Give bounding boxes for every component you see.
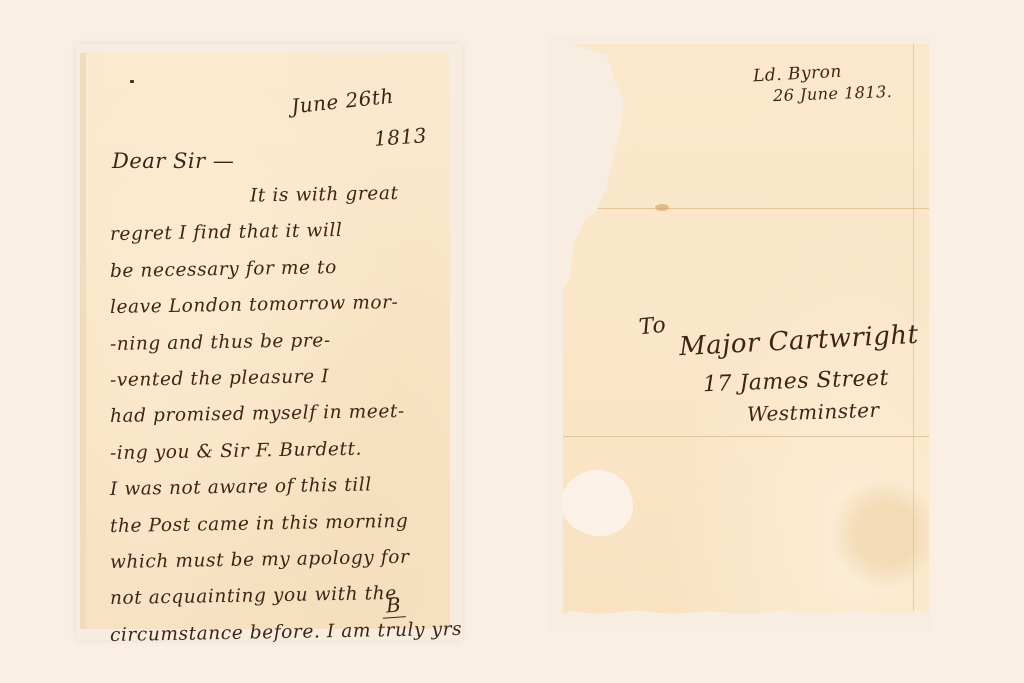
- address-city: Westminster: [747, 398, 880, 427]
- letter-line: regret I find that it will: [110, 211, 451, 253]
- letter-date-day: June 26th: [290, 84, 395, 119]
- letter-line: -ing you & Sir F. Burdett.: [110, 430, 451, 472]
- letter-line: -ning and thus be pre-: [110, 321, 451, 363]
- letter-line: the Post came in this morning: [110, 503, 451, 545]
- letter-body: It is with great regret I find that it w…: [110, 181, 450, 654]
- letter-line: circumstance before. I am truly yrs: [110, 612, 451, 654]
- letter-line: be necessary for me to: [110, 248, 451, 290]
- letter-line: had promised myself in meet-: [110, 393, 451, 435]
- letter-page: June 26th 1813 Dear Sir — It is with gre…: [80, 53, 450, 629]
- letter-line: leave London tomorrow mor-: [110, 284, 451, 326]
- address-street: 17 James Street: [703, 366, 890, 397]
- address-to: To: [638, 313, 668, 341]
- fold-stain: [655, 204, 669, 211]
- docket-author: Ld. Byron: [753, 62, 843, 87]
- photo-stage: June 26th 1813 Dear Sir — It is with gre…: [0, 0, 1024, 683]
- letter-date-year: 1813: [373, 123, 427, 151]
- address-recipient: Major Cartwright: [678, 320, 919, 363]
- letter-line: I was not aware of this till: [110, 466, 451, 508]
- seal-tear-hole: [561, 470, 633, 536]
- docket-date: 26 June 1813.: [773, 82, 893, 105]
- fold-line-lower: [563, 436, 929, 437]
- letter-signature: B: [381, 592, 406, 619]
- fold-line-upper: [563, 208, 929, 209]
- letter-salutation: Dear Sir —: [112, 149, 234, 173]
- ink-spot: [130, 80, 134, 83]
